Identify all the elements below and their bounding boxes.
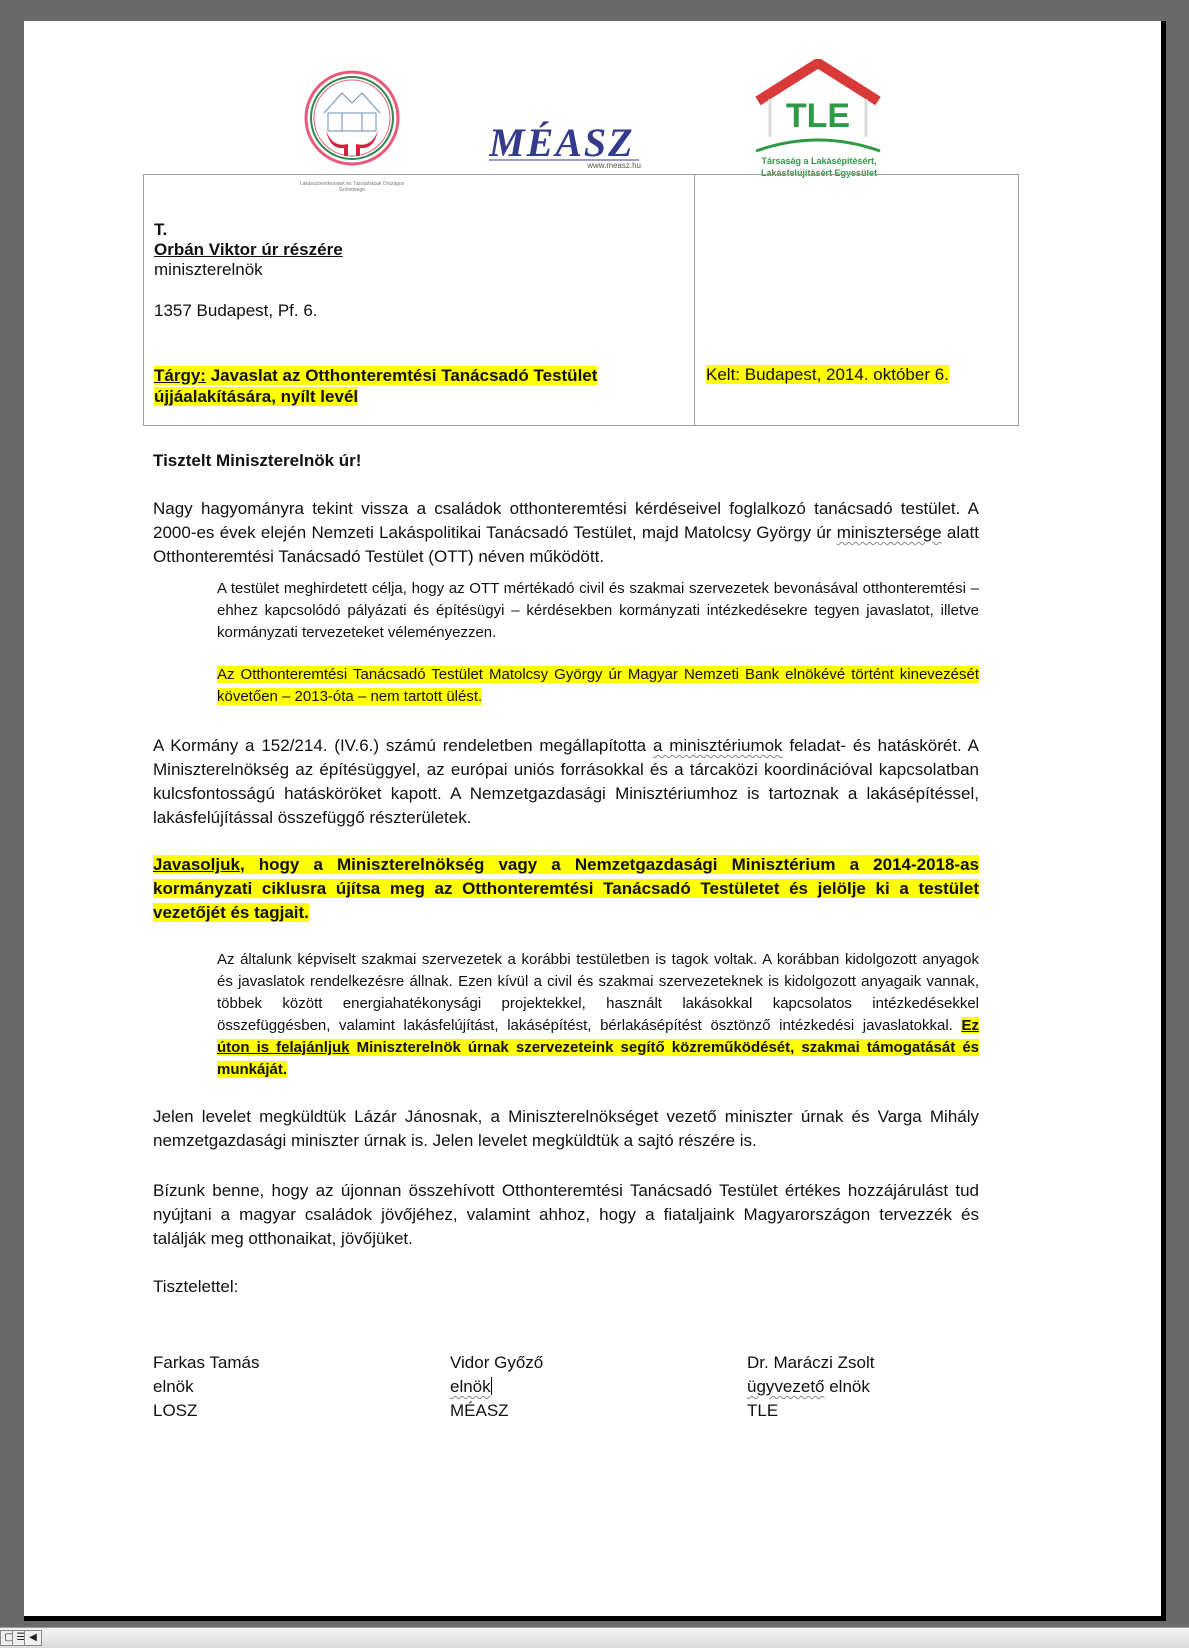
date-line: Kelt: Budapest, 2014. október 6. <box>706 365 949 385</box>
signer-org: LOSZ <box>153 1399 259 1423</box>
tle-house-icon: TLE <box>752 59 884 155</box>
measz-logo: MÉASZ www.measz.hu <box>489 116 649 176</box>
spellcheck-word[interactable]: minisztersége <box>837 523 942 542</box>
paragraph-4: Jelen levelet megküldtük Lázár Jánosnak,… <box>153 1105 979 1153</box>
indented-paragraph-2-text: Az Otthonteremtési Tanácsadó Testület Ma… <box>217 666 979 705</box>
signer-name: Farkas Tamás <box>153 1351 259 1375</box>
spellcheck-word[interactable]: ügyvezető <box>747 1377 825 1396</box>
indented-paragraph-3: Az általunk képviselt szakmai szervezete… <box>217 949 979 1081</box>
signature-losz: Farkas Tamás elnök LOSZ <box>153 1351 259 1423</box>
subject-line: Tárgy: Javaslat az Otthonteremtési Tanác… <box>154 365 674 407</box>
proposal-lead: Javasoljuk <box>153 855 240 874</box>
signer-role: elnök <box>153 1375 259 1399</box>
indented-paragraph-1: A testület meghirdetett célja, hogy az O… <box>217 578 979 644</box>
losz-emblem-icon <box>302 68 402 178</box>
signer-role[interactable]: elnök <box>450 1377 491 1396</box>
svg-text:MÉASZ: MÉASZ <box>489 120 635 162</box>
grammar-check-phrase[interactable]: a minisztériumok <box>653 736 783 755</box>
paragraph-2: A Kormány a 152/214. (IV.6.) számú rende… <box>153 734 979 830</box>
recipient-name: Orbán Viktor úr részére <box>154 240 684 260</box>
paragraph-3-proposal: Javasoljuk, hogy a Miniszterelnökség vag… <box>153 853 979 925</box>
greeting: Tisztelt Miniszterelnök úr! <box>153 449 979 473</box>
measz-wordmark-icon: MÉASZ <box>489 116 649 162</box>
closing: Tisztelettel: <box>153 1275 979 1299</box>
signer-name: Dr. Maráczi Zsolt <box>747 1351 875 1375</box>
signer-org: TLE <box>747 1399 875 1423</box>
subject-text: Javaslat az Otthonteremtési Tanácsadó Te… <box>154 366 597 406</box>
signer-role-line: ügyvezető elnök <box>747 1375 875 1399</box>
header-table: T. Orbán Viktor úr részére miniszterelnö… <box>143 174 1019 426</box>
signer-org: MÉASZ <box>450 1399 543 1423</box>
signer-role: elnök <box>825 1377 870 1396</box>
indented-paragraph-2: Az Otthonteremtési Tanácsadó Testület Ma… <box>217 664 979 708</box>
date-text: Kelt: Budapest, 2014. október 6. <box>706 365 949 384</box>
subject-label: Tárgy: <box>154 366 206 385</box>
scroll-left-button[interactable]: ◀ <box>24 1630 42 1646</box>
tle-caption-line1: Társaság a Lakásépítésért, <box>744 155 894 167</box>
signature-tle: Dr. Maráczi Zsolt ügyvezető elnök TLE <box>747 1351 875 1423</box>
proposal-text: , hogy a Miniszterelnökség vagy a Nemzet… <box>153 855 979 922</box>
text-cursor <box>491 1377 492 1395</box>
horizontal-scrollbar[interactable]: ▢ ☰ ◀ <box>0 1627 1189 1648</box>
header-table-divider <box>694 175 695 425</box>
recipient-block: T. Orbán Viktor úr részére miniszterelnö… <box>154 220 684 321</box>
paragraph-1: Nagy hagyományra tekint vissza a családo… <box>153 497 979 569</box>
salutation-prefix: T. <box>154 220 684 240</box>
indented-paragraph-3-text: Az általunk képviselt szakmai szervezete… <box>217 951 979 1034</box>
signer-role-line[interactable]: elnök <box>450 1375 543 1399</box>
paragraph-2-text-a: A Kormány a 152/214. (IV.6.) számú rende… <box>153 736 653 755</box>
svg-text:TLE: TLE <box>786 97 850 135</box>
paragraph-5: Bízunk benne, hogy az újonnan összehívot… <box>153 1179 979 1251</box>
document-page[interactable]: Lakásszövetkezetek és Társasházak Ország… <box>24 21 1166 1621</box>
signer-name: Vidor Győző <box>450 1351 543 1375</box>
measz-url: www.measz.hu <box>587 161 641 170</box>
recipient-address: 1357 Budapest, Pf. 6. <box>154 301 684 321</box>
recipient-title: miniszterelnök <box>154 260 684 280</box>
signature-measz: Vidor Győző elnök MÉASZ <box>450 1351 543 1423</box>
